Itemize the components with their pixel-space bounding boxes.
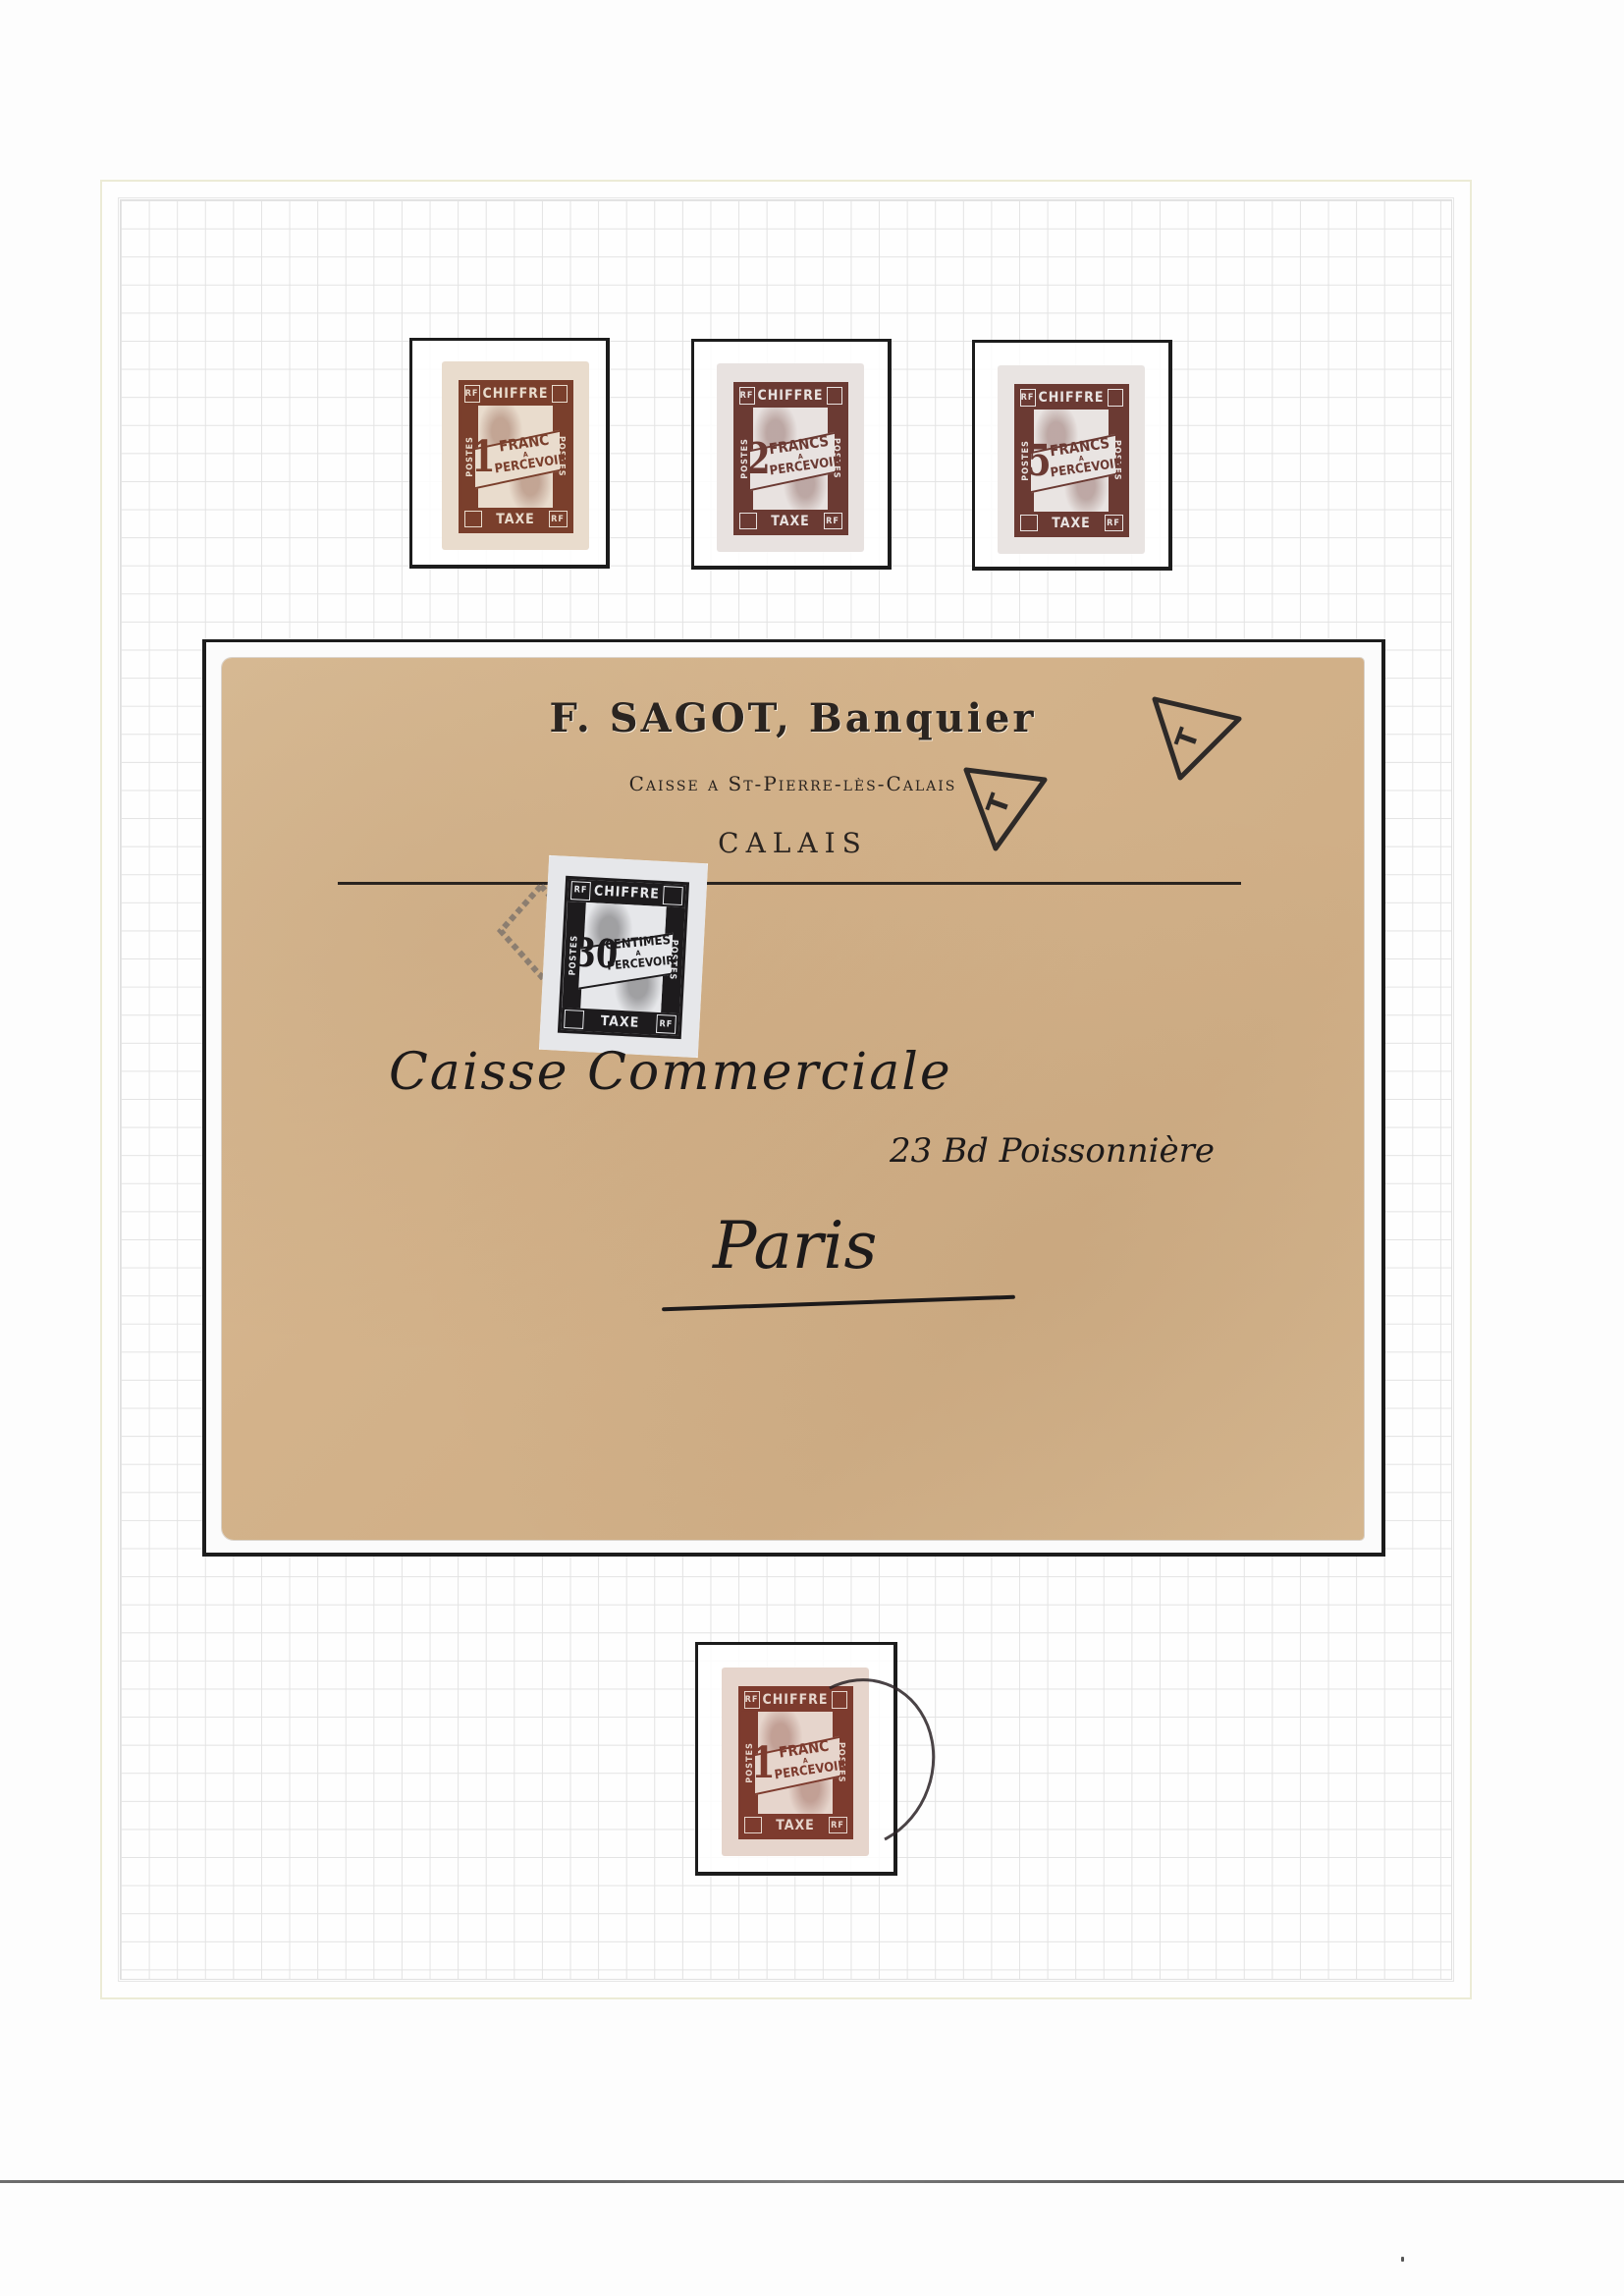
stamp-design: RFCHIFFRE POSTES POSTES 1 FRANC A PERCEV… <box>459 380 573 533</box>
corner-ornament <box>744 1817 763 1834</box>
bottom-label: TAXE <box>586 1012 653 1032</box>
corner-label: RF <box>739 387 755 405</box>
stamp-design: RFCHIFFRE POSTES POSTES 2 FRANCS A PERCE… <box>733 382 848 535</box>
stamp-1-franc[interactable]: RFCHIFFRE POSTES POSTES 1 FRANC A PERCEV… <box>442 361 589 550</box>
bottom-label: TAXE <box>485 512 545 527</box>
svg-text:T: T <box>1168 724 1206 752</box>
corner-ornament <box>552 385 568 403</box>
corner-label: RF <box>656 1014 677 1034</box>
corner-ornament <box>739 513 758 530</box>
stamp-center: 30 CENTIMES A PERCEVOIR <box>580 902 666 1012</box>
stamp-center: 1 FRANC A PERCEVOIR <box>478 406 553 509</box>
corner-label: RF <box>570 881 591 901</box>
corner-ornament <box>564 1010 584 1029</box>
stamp-center: 2 FRANCS A PERCEVOIR <box>753 408 828 511</box>
triangle-t-mark-icon: T <box>960 764 1051 854</box>
corner-ornament <box>827 387 842 405</box>
corner-ornament <box>1020 515 1039 532</box>
stamp-denomination: CENTIMES A PERCEVOIR <box>605 934 672 972</box>
cover-header-city: CALAIS <box>222 827 1364 859</box>
address-street: 23 Bd Poissonnière <box>890 1131 1215 1171</box>
stamp-2-francs[interactable]: RFCHIFFRE POSTES POSTES 2 FRANCS A PERCE… <box>717 363 864 552</box>
top-label: CHIFFRE <box>483 386 549 402</box>
corner-label: RF <box>464 385 480 403</box>
bottom-label: TAXE <box>1041 516 1101 531</box>
top-label: CHIFFRE <box>758 388 824 404</box>
stamp-center: 5 FRANCS A PERCEVOIR <box>1034 410 1109 513</box>
stamp-5-francs[interactable]: RFCHIFFRE POSTES POSTES 5 FRANCS A PERCE… <box>998 365 1145 554</box>
address-addressee: Caisse Commerciale <box>389 1043 952 1102</box>
stamp-30-centimes[interactable]: RFCHIFFRE POSTES POSTES 30 CENTIMES A PE… <box>539 855 708 1058</box>
corner-label: RF <box>1020 389 1036 407</box>
corner-ornament <box>1108 389 1123 407</box>
dust-speck <box>1401 2257 1404 2262</box>
address-underline <box>662 1295 1015 1312</box>
triangle-t-mark-icon: T <box>1149 693 1247 784</box>
stamp-design: RFCHIFFRE POSTES POSTES 30 CENTIMES A PE… <box>558 876 690 1040</box>
envelope-cover[interactable]: F. SAGOT, Banquier Caisse a St-Pierre-lè… <box>222 658 1364 1540</box>
address-city: Paris <box>713 1208 877 1284</box>
stamp-1-franc-used[interactable]: RFCHIFFRE POSTES POSTES 1 FRANC A PERCEV… <box>722 1667 869 1856</box>
top-label: CHIFFRE <box>593 884 660 903</box>
svg-text:T: T <box>980 790 1017 818</box>
scanner-edge-line <box>0 2180 1624 2183</box>
stamp-design: RFCHIFFRE POSTES POSTES 5 FRANCS A PERCE… <box>1014 384 1129 537</box>
top-label: CHIFFRE <box>1039 390 1105 406</box>
corner-label: RF <box>549 511 568 528</box>
cover-header-rule <box>338 882 1241 885</box>
corner-ornament <box>663 886 683 905</box>
corner-label: RF <box>1105 515 1123 532</box>
bottom-label: TAXE <box>760 514 820 529</box>
corner-label: RF <box>744 1691 760 1709</box>
corner-ornament <box>464 511 483 528</box>
corner-label: RF <box>824 513 842 530</box>
